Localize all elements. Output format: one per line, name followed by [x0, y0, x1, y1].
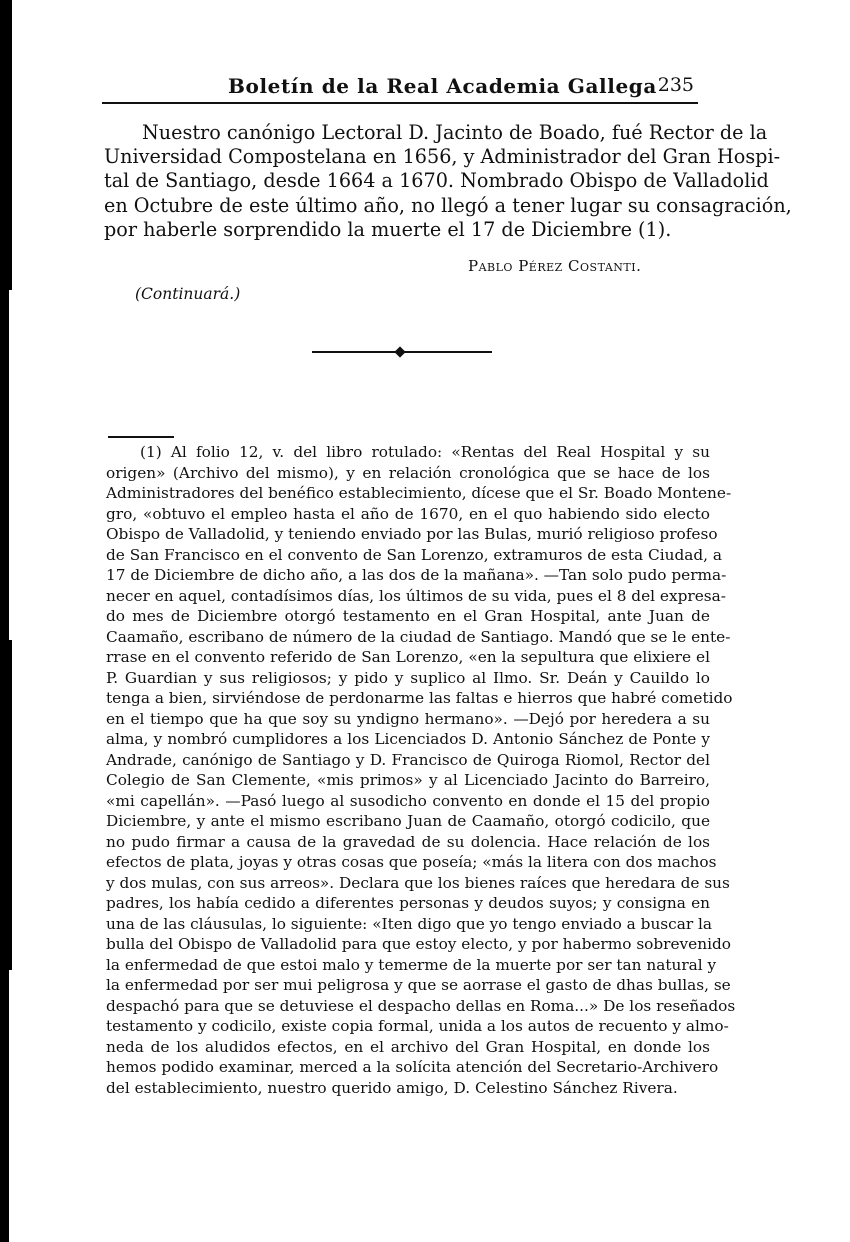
journal-title: Boletín de la Real Academia Gallega — [228, 74, 657, 98]
footnote-line: y dos mulas, con sus arreos». Declara qu… — [106, 873, 710, 894]
continuation-note: (Continuará.) — [135, 285, 240, 303]
footnote-line: neda de los aludidos efectos, en el arch… — [106, 1037, 710, 1058]
footnote-line: gro, «obtuvo el empleo hasta el año de 1… — [106, 504, 710, 525]
footnote-line: do mes de Diciembre otorgó testamento en… — [106, 606, 710, 627]
footnote-line: Obispo de Valladolid, y teniendo enviado… — [106, 524, 710, 545]
footnote-line: necer en aquel, contadísimos días, los ú… — [106, 586, 710, 607]
scan-binding-edge — [0, 0, 9, 1242]
footnote-line: rrase en el convento referido de San Lor… — [106, 647, 710, 668]
section-divider-ornament — [312, 345, 492, 359]
footnote-line: Colegio de San Clemente, «mis primos» y … — [106, 770, 710, 791]
body-paragraph: Nuestro canónigo Lectoral D. Jacinto de … — [104, 121, 698, 242]
footnote: (1) Al folio 12, v. del libro rotulado: … — [106, 442, 710, 1098]
footnote-line: Caamaño, escribano de número de la ciuda… — [106, 627, 710, 648]
footnote-line: tenga a bien, sirviéndose de perdonarme … — [106, 688, 710, 709]
author-signature: Pablo Pérez Costanti. — [468, 257, 641, 275]
footnote-line: la enfermedad de que estoi malo y temerm… — [106, 955, 710, 976]
footnote-line: padres, los había cedido a diferentes pe… — [106, 893, 710, 914]
footnote-line: en el tiempo que ha que soy su yndigno h… — [106, 709, 710, 730]
footnote-line: despachó para que se detuviese el despac… — [106, 996, 710, 1017]
text-line: Universidad Compostelana en 1656, y Admi… — [104, 145, 698, 169]
footnote-line: testamento y codicilo, existe copia form… — [106, 1016, 710, 1037]
footnote-line: 17 de Diciembre de dicho año, a las dos … — [106, 565, 710, 586]
footnote-line: Andrade, canónigo de Santiago y D. Franc… — [106, 750, 710, 771]
footnote-line: P. Guardian y sus religiosos; y pido y s… — [106, 668, 710, 689]
scan-binding-shadow — [9, 0, 12, 290]
footnote-line: hemos podido examinar, merced a la solíc… — [106, 1057, 710, 1078]
page-number: 235 — [658, 74, 694, 96]
scan-binding-shadow — [9, 640, 12, 970]
footnote-line: la enfermedad por ser mui peligrosa y qu… — [106, 975, 710, 996]
text-line: tal de Santiago, desde 1664 a 1670. Nomb… — [104, 169, 698, 193]
text-line: Nuestro canónigo Lectoral D. Jacinto de … — [104, 121, 698, 145]
footnote-line: (1) Al folio 12, v. del libro rotulado: … — [106, 442, 710, 463]
text-line: por haberle sorprendido la muerte el 17 … — [104, 218, 698, 242]
footnote-line: una de las cláusulas, lo siguiente: «Ite… — [106, 914, 710, 935]
footnote-line: «mi capellán». —Pasó luego al susodicho … — [106, 791, 710, 812]
text-line: en Octubre de este último año, no llegó … — [104, 194, 698, 218]
diamond-icon — [394, 346, 405, 357]
footnote-line: efectos de plata, joyas y otras cosas qu… — [106, 852, 710, 873]
footnote-line: origen» (Archivo del mismo), y en relaci… — [106, 463, 710, 484]
running-header: Boletín de la Real Academia Gallega 235 — [100, 74, 698, 102]
footnote-line: alma, y nombró cumplidores a los Licenci… — [106, 729, 710, 750]
footnote-line: no pudo firmar a causa de la gravedad de… — [106, 832, 710, 853]
footnote-line: Diciembre, y ante el mismo escribano Jua… — [106, 811, 710, 832]
footnote-line: bulla del Obispo de Valladolid para que … — [106, 934, 710, 955]
footnote-rule — [108, 436, 174, 438]
header-rule — [102, 102, 698, 104]
footnote-line: de San Francisco en el convento de San L… — [106, 545, 710, 566]
footnote-line: del establecimiento, nuestro querido ami… — [106, 1078, 710, 1099]
footnote-line: Administradores del benéfico establecimi… — [106, 483, 710, 504]
